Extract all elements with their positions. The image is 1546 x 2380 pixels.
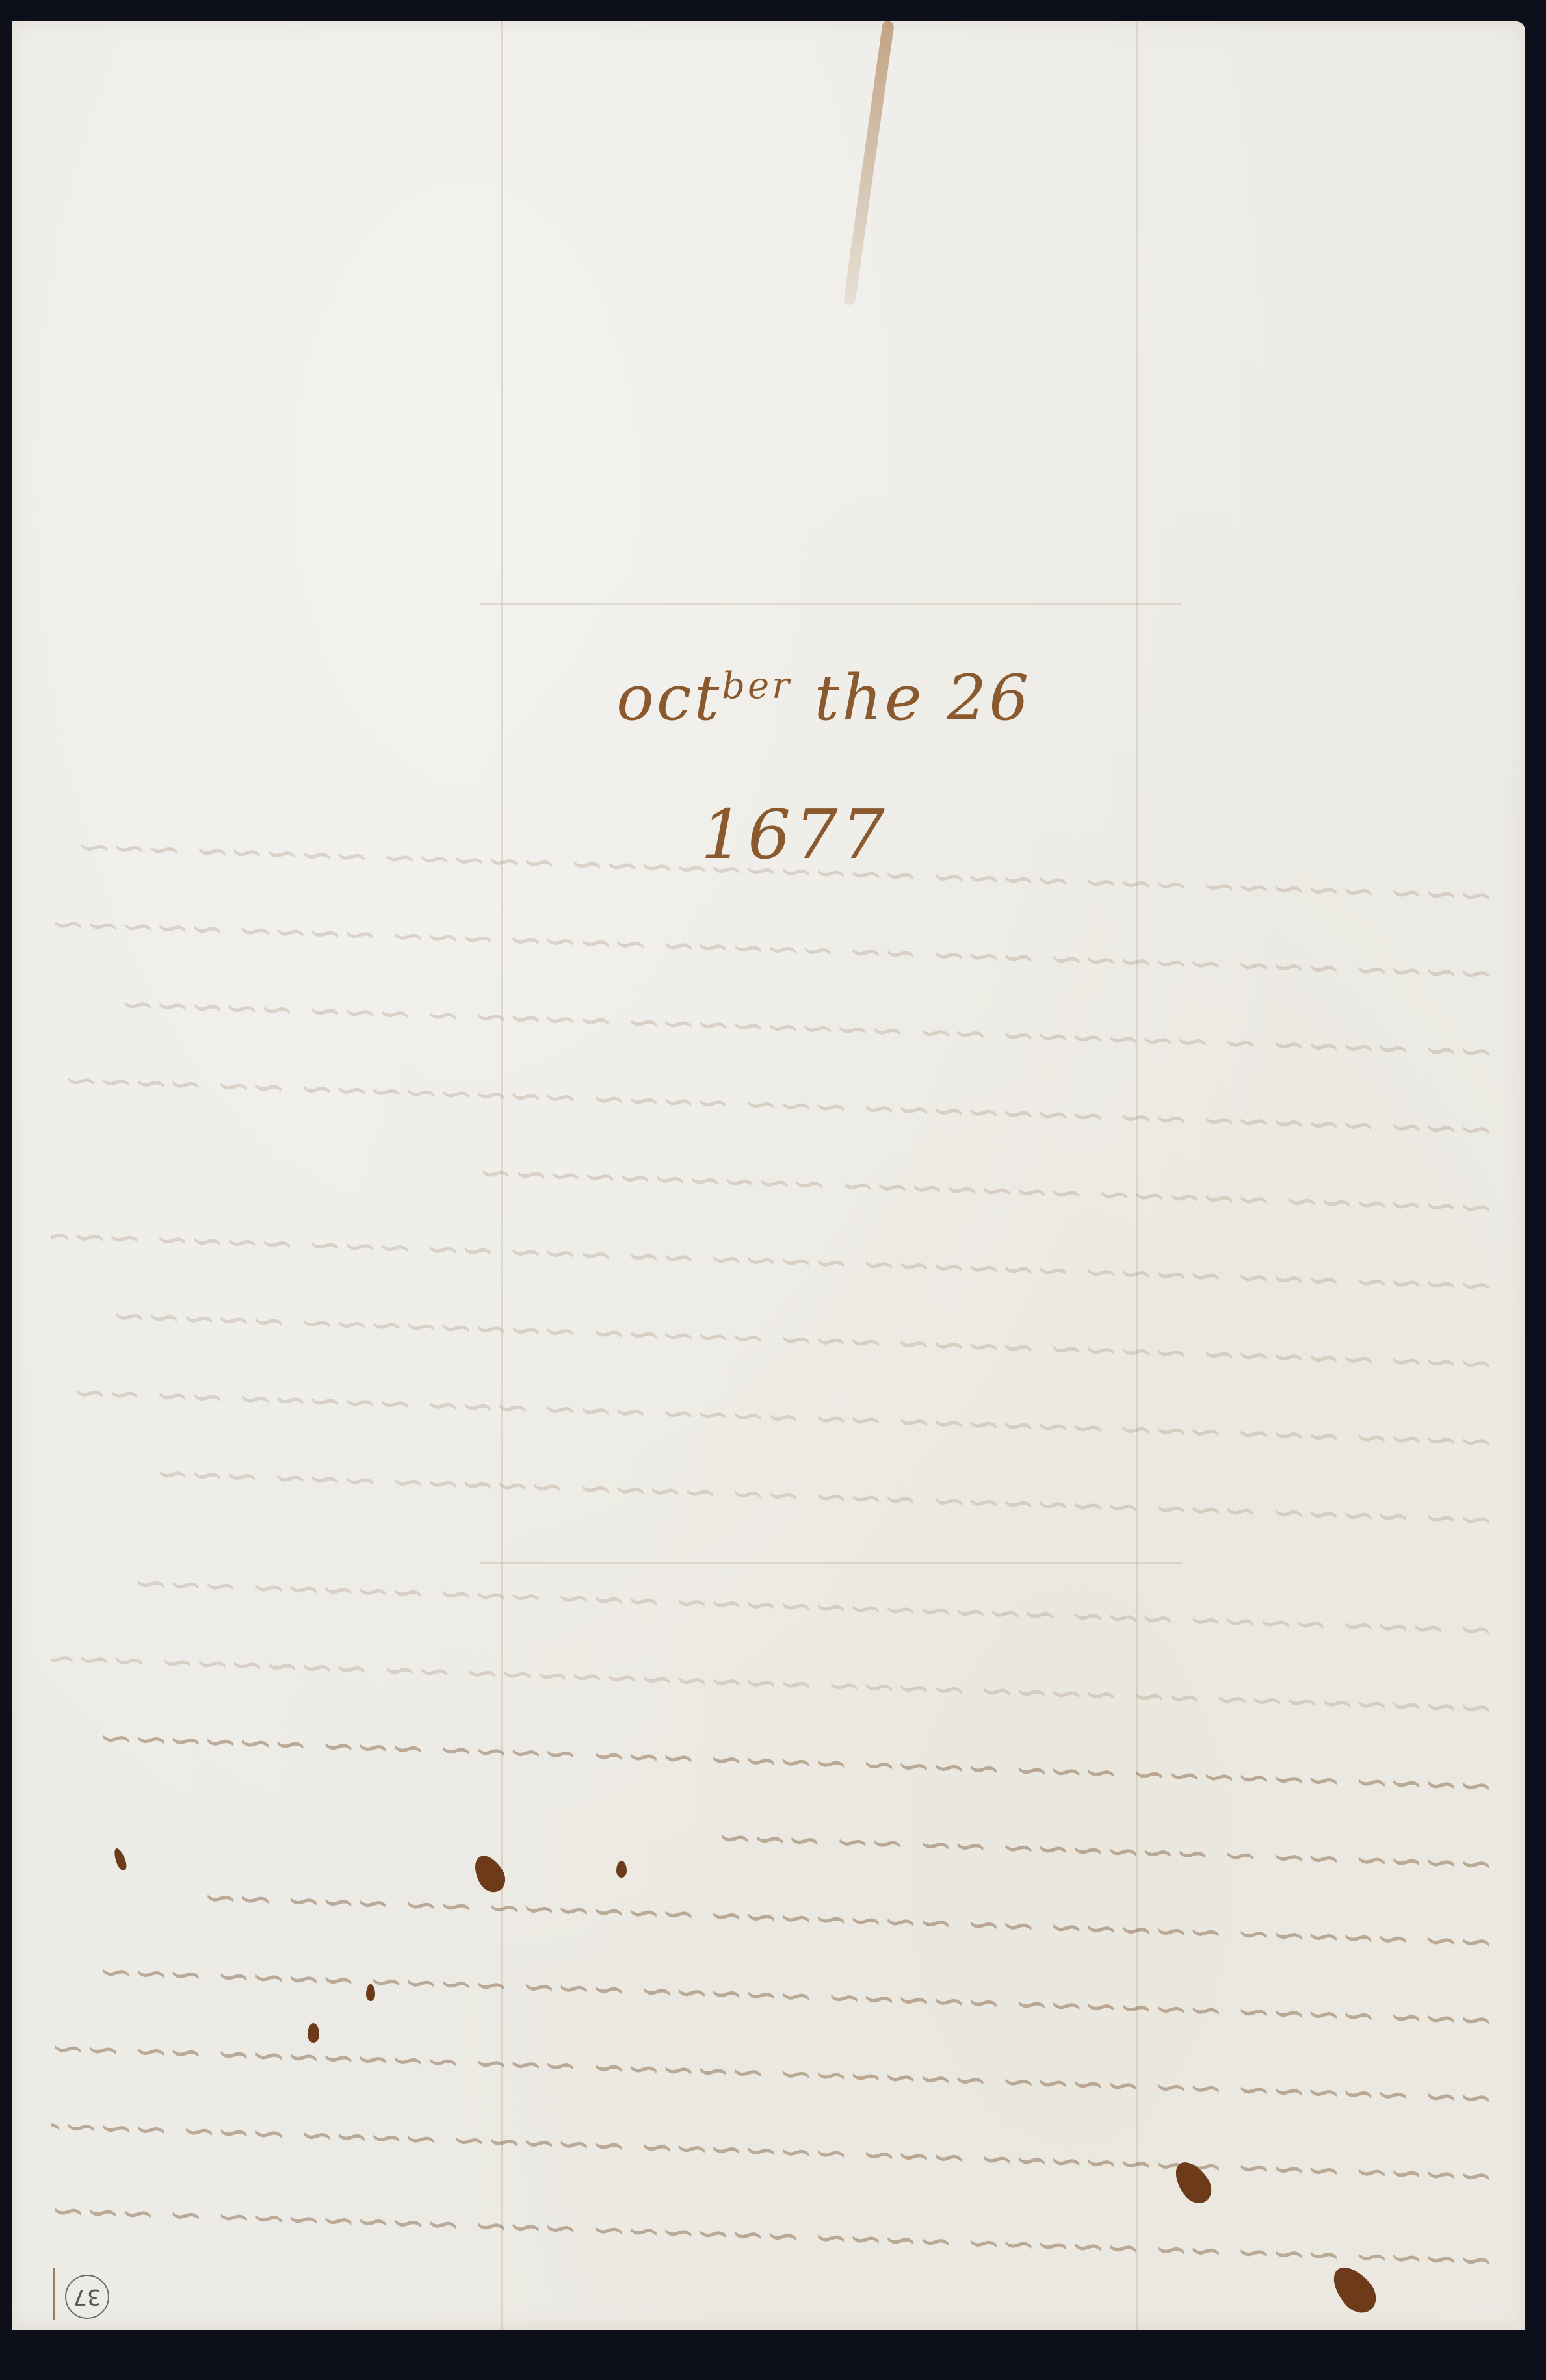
horizontal-fold-lower	[480, 1562, 1182, 1564]
endorsement-date: octber the 26	[616, 662, 1031, 734]
ink-blot	[616, 1861, 627, 1878]
pencil-mark	[53, 2268, 55, 2320]
bleed-through-line: ~~~~ ~~~ ~~~~ ~~~~~~ ~~~~ ~~ ~~~ ~~ ~~~ …	[50, 1211, 1494, 1310]
bleed-through-line: ~~~ ~~~~ ~~~~~~ ~~~~~ ~~~~~ ~~~ ~~~~ ~~~…	[50, 1946, 1494, 2044]
endorsement-year: 1677	[701, 795, 889, 874]
bleed-through-line: ~ ~~~ ~~~~ ~~~ ~~~~~~~~~~~ ~~~ ~~~ ~~~~~…	[50, 1556, 1494, 1654]
bleed-through-line: ~~~~~~~~ ~~ ~~~~ ~~~~ ~~~~~~~~~~ ~~ ~~~~…	[50, 1634, 1494, 1732]
endorsement-month: oct	[616, 662, 722, 734]
bleed-through-line: ~~~ ~~~~~ ~~~~ ~~~~ ~~~ ~~~~~ ~~~~~~~~ ~…	[50, 1289, 1494, 1388]
bleed-through-line: ~~ ~~~~ ~ ~~~~~~ ~~ ~~~~~~~~ ~~~~ ~ ~~~ …	[50, 977, 1494, 1076]
ink-blot	[308, 2023, 319, 2043]
endorsement-day: the 26	[814, 662, 1031, 734]
folio-number: 37	[65, 2275, 109, 2319]
ink-blot	[112, 1847, 128, 1872]
manuscript-page: ~~~ ~~~~~ ~~~ ~~~~ ~~~~~~~~~~ ~~~~~ ~~~~…	[12, 21, 1525, 2330]
horizontal-fold-upper	[480, 603, 1182, 605]
bleed-through-line: ~~~~ ~~~ ~~~~~ ~~~ ~~ ~~~~~ ~~~~ ~~~ ~~~…	[50, 899, 1494, 998]
bleed-through-line: ~~ ~~~~~ ~~~~~ ~~ ~~~~~~~ ~~~~~~ ~~ ~~~ …	[50, 1868, 1494, 1966]
bleed-through-line: ~~~~ ~~~~~~ ~~~ ~~~~ ~~~~ ~~~ ~~~~ ~~~ ~…	[50, 1712, 1494, 1810]
bleed-through-line: ~~ ~~~~~ ~~ ~~~~ ~~~~~~ ~~~~~ ~~~ ~~~~~~…	[50, 2024, 1494, 2122]
ink-blot	[366, 1984, 375, 2001]
bleed-through-line: ~~~~ ~~ ~ ~~~~~~ ~~ ~~ ~~~	[50, 1790, 1494, 1888]
bleed-through-line: ~~~~~~ ~~~~~ ~~~~~~~ ~~~~~~~~~~	[50, 1133, 1494, 1232]
bleed-through-line: ~~~~ ~~~ ~~ ~~~~~ ~~~~ ~~~~~~ ~~~ ~~~~~~…	[50, 2186, 1494, 2284]
endorsement-month-superscript: ber	[722, 665, 792, 707]
bleed-through-line: ~~~~ ~~~ ~~~ ~~~~~~ ~~ ~~~~ ~~~ ~~~ ~~~~…	[50, 1367, 1494, 1466]
bleed-through-line: ~~~~ ~~~ ~~~~~~~ ~~~ ~~~~~~ ~~~~~ ~~~~ ~…	[50, 2102, 1494, 2200]
stain-streak	[843, 21, 895, 305]
bleed-through-line: ~~ ~~~~ ~~~ ~~~~~~ ~~~ ~~ ~~~~ ~~~~~ ~~~…	[50, 1445, 1494, 1544]
bleed-through-line: ~~~ ~~~~~ ~~ ~~~~~~~ ~~~ ~~~~ ~~~~~~~~ ~…	[50, 1055, 1494, 1154]
